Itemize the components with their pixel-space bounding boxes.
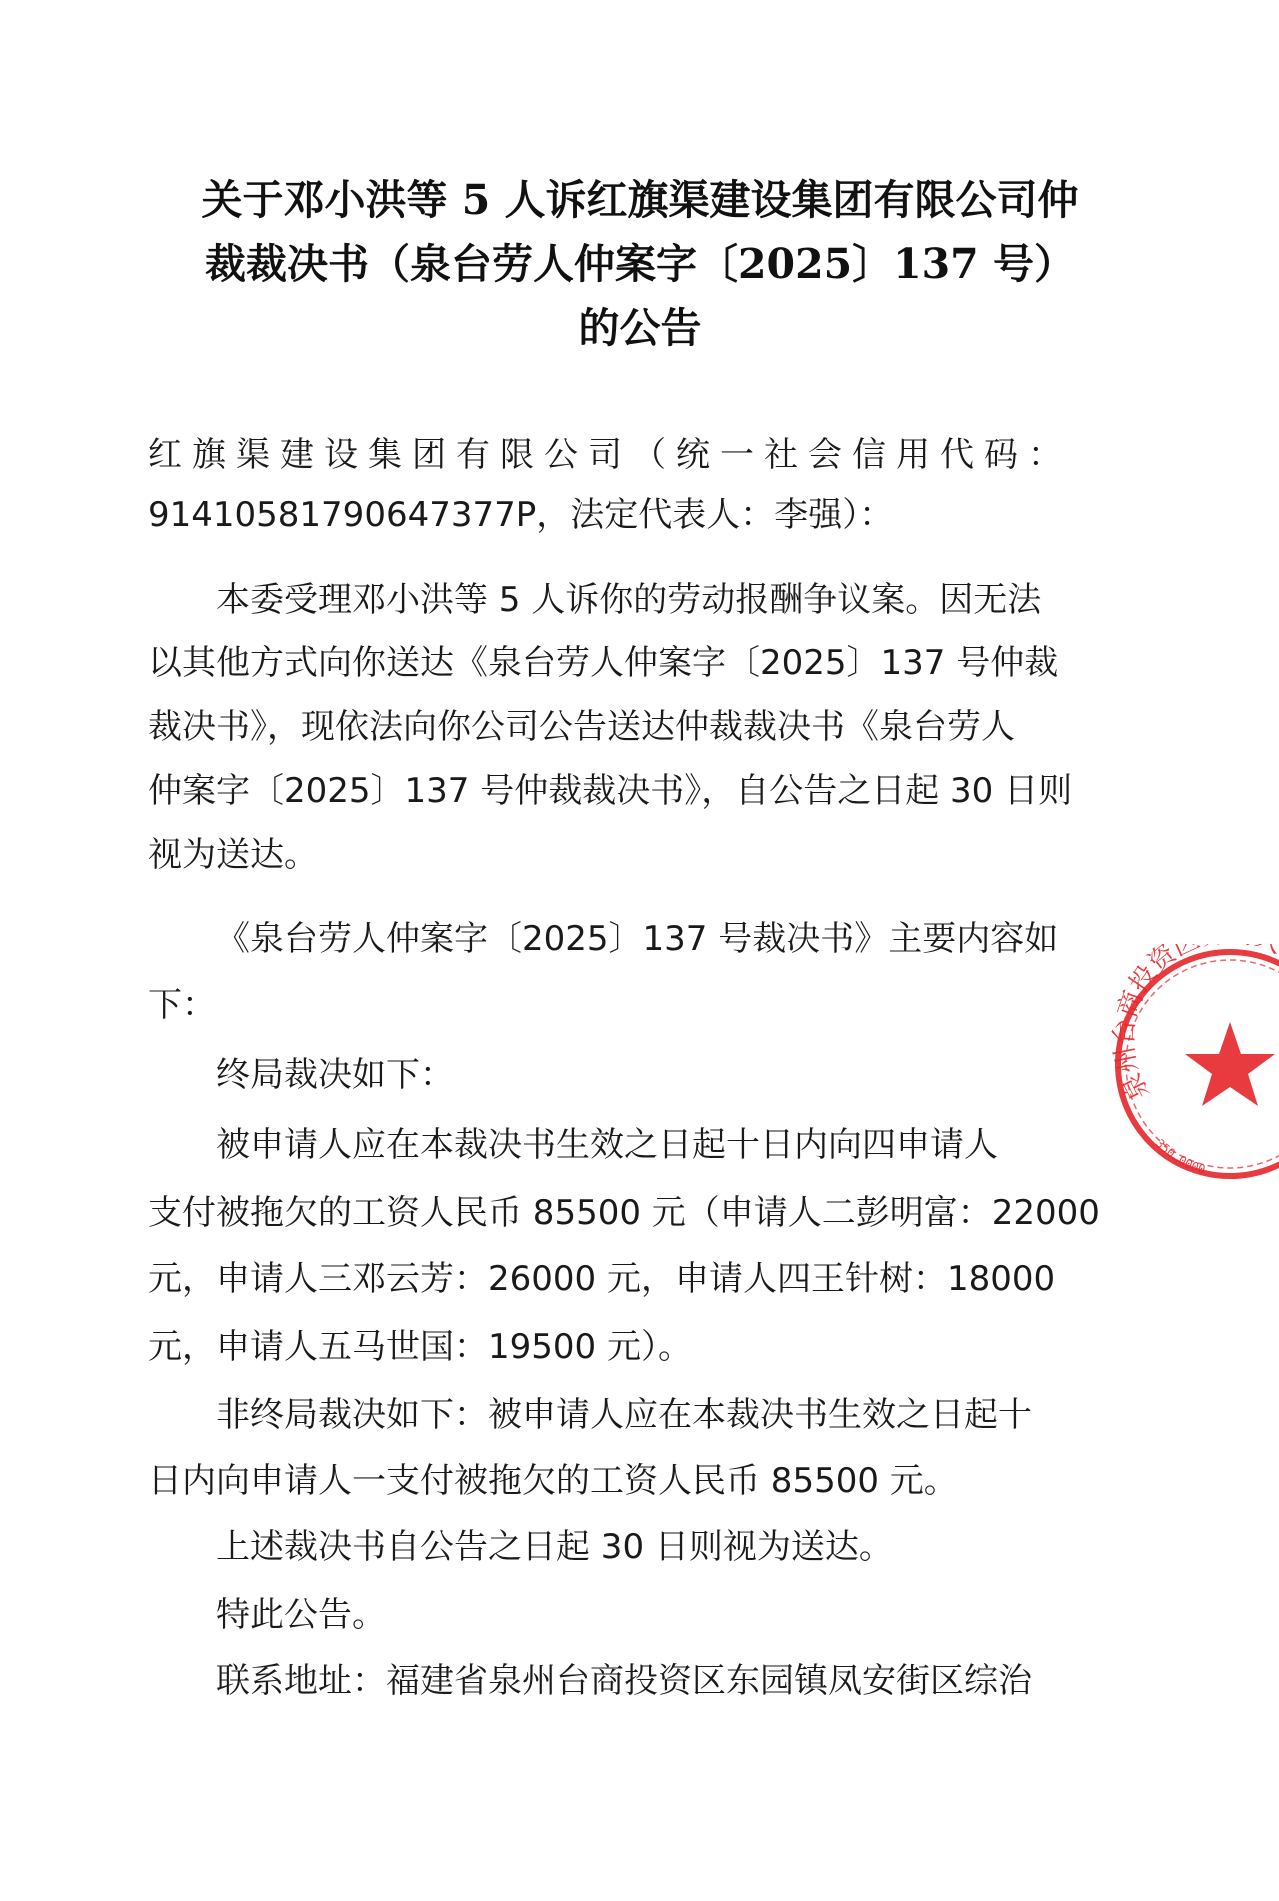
intro-line-1: 本委受理邓小洪等 5 人诉你的劳动报酬争议案。因无法: [216, 575, 1041, 625]
intro-line-2: 以其他方式向你送达《泉台劳人仲案字〔2025〕137 号仲裁: [148, 638, 1058, 688]
final-ruling-line-3: 元，申请人三邓云芳：26000 元，申请人四王针树：18000: [148, 1254, 1055, 1304]
non-final-ruling-line-1: 非终局裁决如下：被申请人应在本裁决书生效之日起十: [216, 1390, 1032, 1440]
non-final-ruling-line-2: 日内向申请人一支付被拖欠的工资人民币 85500 元。: [148, 1456, 958, 1506]
contact-address: 联系地址：福建省泉州台商投资区东园镇凤安街区综治: [216, 1656, 1032, 1706]
svg-text:350…0000: 350…0000: [1153, 1136, 1207, 1176]
seal-number: 350…0000: [1153, 1136, 1207, 1176]
svg-text:泉州台商投资区劳动人事: 泉州台商投资区劳动人事: [1110, 944, 1279, 1105]
final-ruling-line-2: 支付被拖欠的工资人民币 85500 元（申请人二彭明富：22000: [148, 1188, 1100, 1238]
seal-text: 泉州台商投资区劳动人事: [1110, 944, 1279, 1105]
main-content-line-1: 《泉台劳人仲案字〔2025〕137 号裁决书》主要内容如: [216, 914, 1058, 964]
document-title: 关于邓小洪等 5 人诉红旗渠建设集团有限公司仲 裁裁决书（泉台劳人仲案字〔202…: [150, 168, 1130, 360]
intro-line-4: 仲案字〔2025〕137 号仲裁裁决书》，自公告之日起 30 日则: [148, 766, 1072, 816]
intro-line-3: 裁决书》，现依法向你公司公告送达仲裁裁决书《泉台劳人: [148, 702, 1015, 752]
addressee-line-2: 91410581790647377P，法定代表人：李强）：: [148, 490, 893, 540]
main-content-line-2: 下：: [148, 980, 216, 1030]
addressee-line-1: 红旗渠建设集团有限公司（统一社会信用代码：: [148, 430, 1072, 480]
closing-text: 特此公告。: [216, 1590, 386, 1640]
document-page: 关于邓小洪等 5 人诉红旗渠建设集团有限公司仲 裁裁决书（泉台劳人仲案字〔202…: [0, 0, 1279, 1901]
title-line-3: 的公告: [150, 296, 1130, 360]
seal-icon: 泉州台商投资区劳动人事 350…0000: [1110, 944, 1279, 1184]
title-line-1: 关于邓小洪等 5 人诉红旗渠建设集团有限公司仲: [150, 168, 1130, 232]
title-line-2: 裁裁决书（泉台劳人仲案字〔2025〕137 号）: [150, 232, 1130, 296]
final-ruling-line-4: 元，申请人五马世国：19500 元）。: [148, 1322, 692, 1372]
service-note: 上述裁决书自公告之日起 30 日则视为送达。: [216, 1522, 893, 1572]
final-ruling-line-1: 被申请人应在本裁决书生效之日起十日内向四申请人: [216, 1120, 998, 1170]
intro-line-5: 视为送达。: [148, 830, 318, 880]
official-seal-stamp: 泉州台商投资区劳动人事 350…0000: [1110, 944, 1279, 1184]
star-icon: [1185, 1022, 1275, 1106]
final-ruling-heading: 终局裁决如下：: [216, 1050, 454, 1100]
